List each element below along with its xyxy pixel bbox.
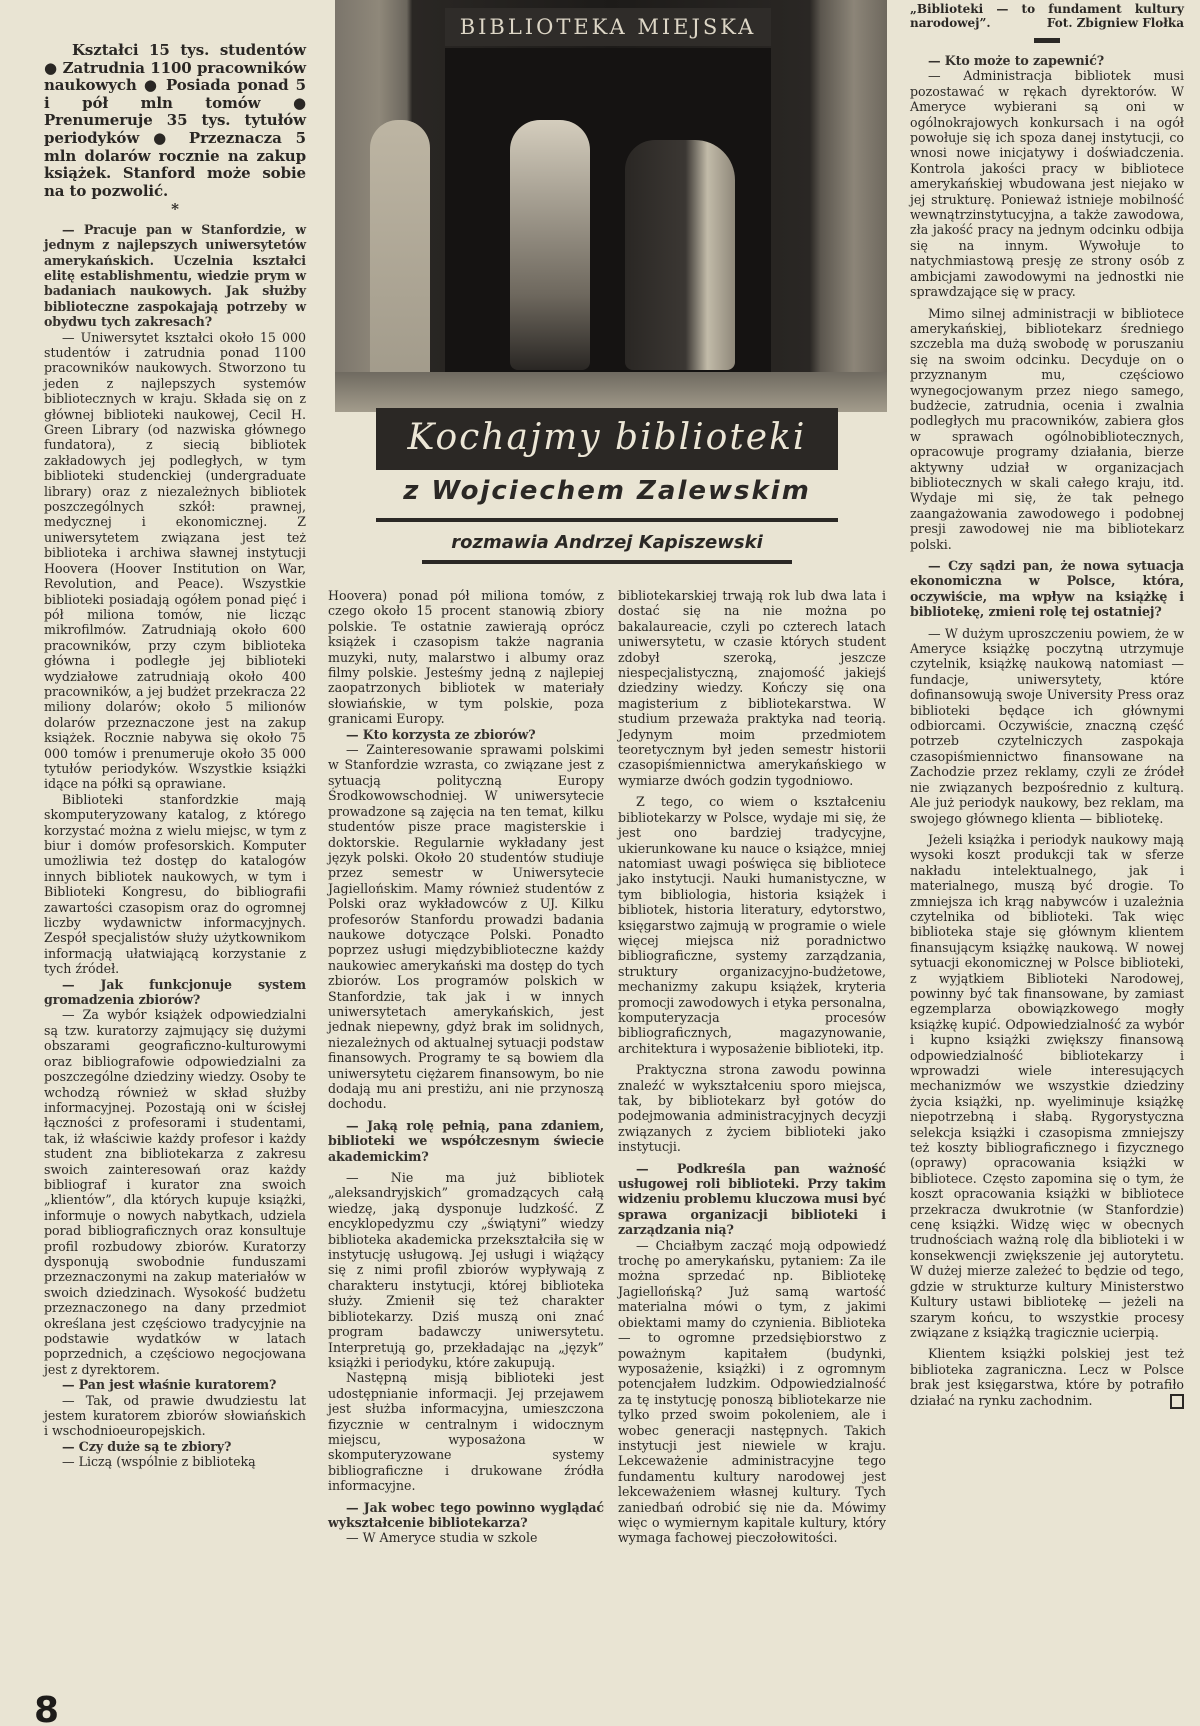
photo-person [370,120,430,390]
interview-answer: — Uniwersytet kształci około 15 000 stud… [44,330,306,792]
column-3: bibliotekarskiej trwają rok lub dwa lata… [618,588,886,1546]
interview-answer: — Tak, od prawie dwudziestu lat jestem k… [44,1393,306,1439]
interview-answer: Hoovera) ponad pół miliona tomów, z czeg… [328,588,604,727]
interview-question: — Czy sądzi pan, że nowa sytuacja ekonom… [910,558,1184,620]
section-separator-bar [1034,38,1060,43]
interview-question: — Kto może to zapewnić? [910,53,1184,68]
photo-horse-dark [625,140,735,370]
interview-answer: — Liczą (wspólnie z biblioteką [44,1454,306,1469]
interview-answer: Klientem książki polskiej jest też bibli… [910,1346,1184,1408]
photo-ground [335,372,887,412]
article-byline: rozmawia Andrzej Kapiszewski [420,532,794,553]
article-title: Kochajmy biblioteki [376,408,838,470]
photo-sign-text: BIBLIOTEKA MIEJSKA [445,8,771,46]
interview-question: — Jak wobec tego powinno wyglądać wykszt… [328,1500,604,1531]
photo-caption: „Biblioteki — to fundament kultury narod… [910,2,1184,30]
interview-answer: Następną misją biblioteki jest udostępni… [328,1370,604,1493]
interview-answer: — Zainteresowanie sprawami polskimi w St… [328,742,604,1112]
page-number: 8 [34,1690,59,1726]
photo-horse-white [510,120,590,370]
interview-question: — Kto korzysta ze zbiorów? [328,727,604,742]
byline-rule [422,560,792,564]
interview-question: — Jaką rolę pełnią, pana zdaniem, biblio… [328,1118,604,1164]
interview-answer: — Administracja bibliotek musi pozostawa… [910,68,1184,299]
section-separator: * [44,202,306,217]
interview-question: — Czy duże są te zbiory? [44,1439,306,1454]
interview-answer: Z tego, co wiem o kształceniu biblioteka… [618,794,886,1056]
column-2: Hoovera) ponad pół miliona tomów, z czeg… [328,588,604,1546]
end-of-article-icon [1170,1394,1184,1409]
photo-credit: Fot. Zbigniew Flołka [1047,16,1184,30]
subtitle-rule [376,518,838,522]
column-2-body: Hoovera) ponad pół miliona tomów, z czeg… [328,588,604,1546]
article-subtitle: z Wojciechem Zalewskim [376,476,838,506]
interview-question: — Pracuje pan w Stanfordzie, w jednym z … [44,222,306,330]
interview-answer: Biblioteki stanfordzkie mają skomputeryz… [44,792,306,977]
interview-answer: Jeżeli książka i periodyk naukowy mają w… [910,832,1184,1340]
article-lead: Kształci 15 tys. studentów ● Zatrudnia 1… [44,42,306,200]
interview-answer: Mimo silnej administracji w bibliotece a… [910,306,1184,553]
article-photo: BIBLIOTEKA MIEJSKA [335,0,887,412]
column-1: Kształci 15 tys. studentów ● Zatrudnia 1… [44,42,306,1470]
column-4: „Biblioteki — to fundament kultury narod… [910,2,1184,1409]
interview-answer: — Nie ma już bibliotek „aleksandryjskich… [328,1170,604,1370]
interview-answer: bibliotekarskiej trwają rok lub dwa lata… [618,588,886,788]
interview-question: — Podkreśla pan ważność usługowej roli b… [618,1161,886,1238]
interview-answer: — Chciałbym zacząć moją odpowiedź trochę… [618,1238,886,1546]
column-4-body: — Kto może to zapewnić?— Administracja b… [910,53,1184,1408]
column-1-body: — Pracuje pan w Stanfordzie, w jednym z … [44,222,306,1470]
interview-answer: — W Ameryce studia w szkole [328,1530,604,1545]
interview-answer: Praktyczna strona zawodu powinna znaleźć… [618,1062,886,1154]
interview-answer: — W dużym uproszczeniu powiem, że w Amer… [910,626,1184,826]
interview-question: — Pan jest właśnie kuratorem? [44,1377,306,1392]
interview-question: — Jak funkcjonuje system gromadzenia zbi… [44,977,306,1008]
column-3-body: bibliotekarskiej trwają rok lub dwa lata… [618,588,886,1546]
interview-answer: — Za wybór książek odpowiedzialni są tzw… [44,1007,306,1377]
